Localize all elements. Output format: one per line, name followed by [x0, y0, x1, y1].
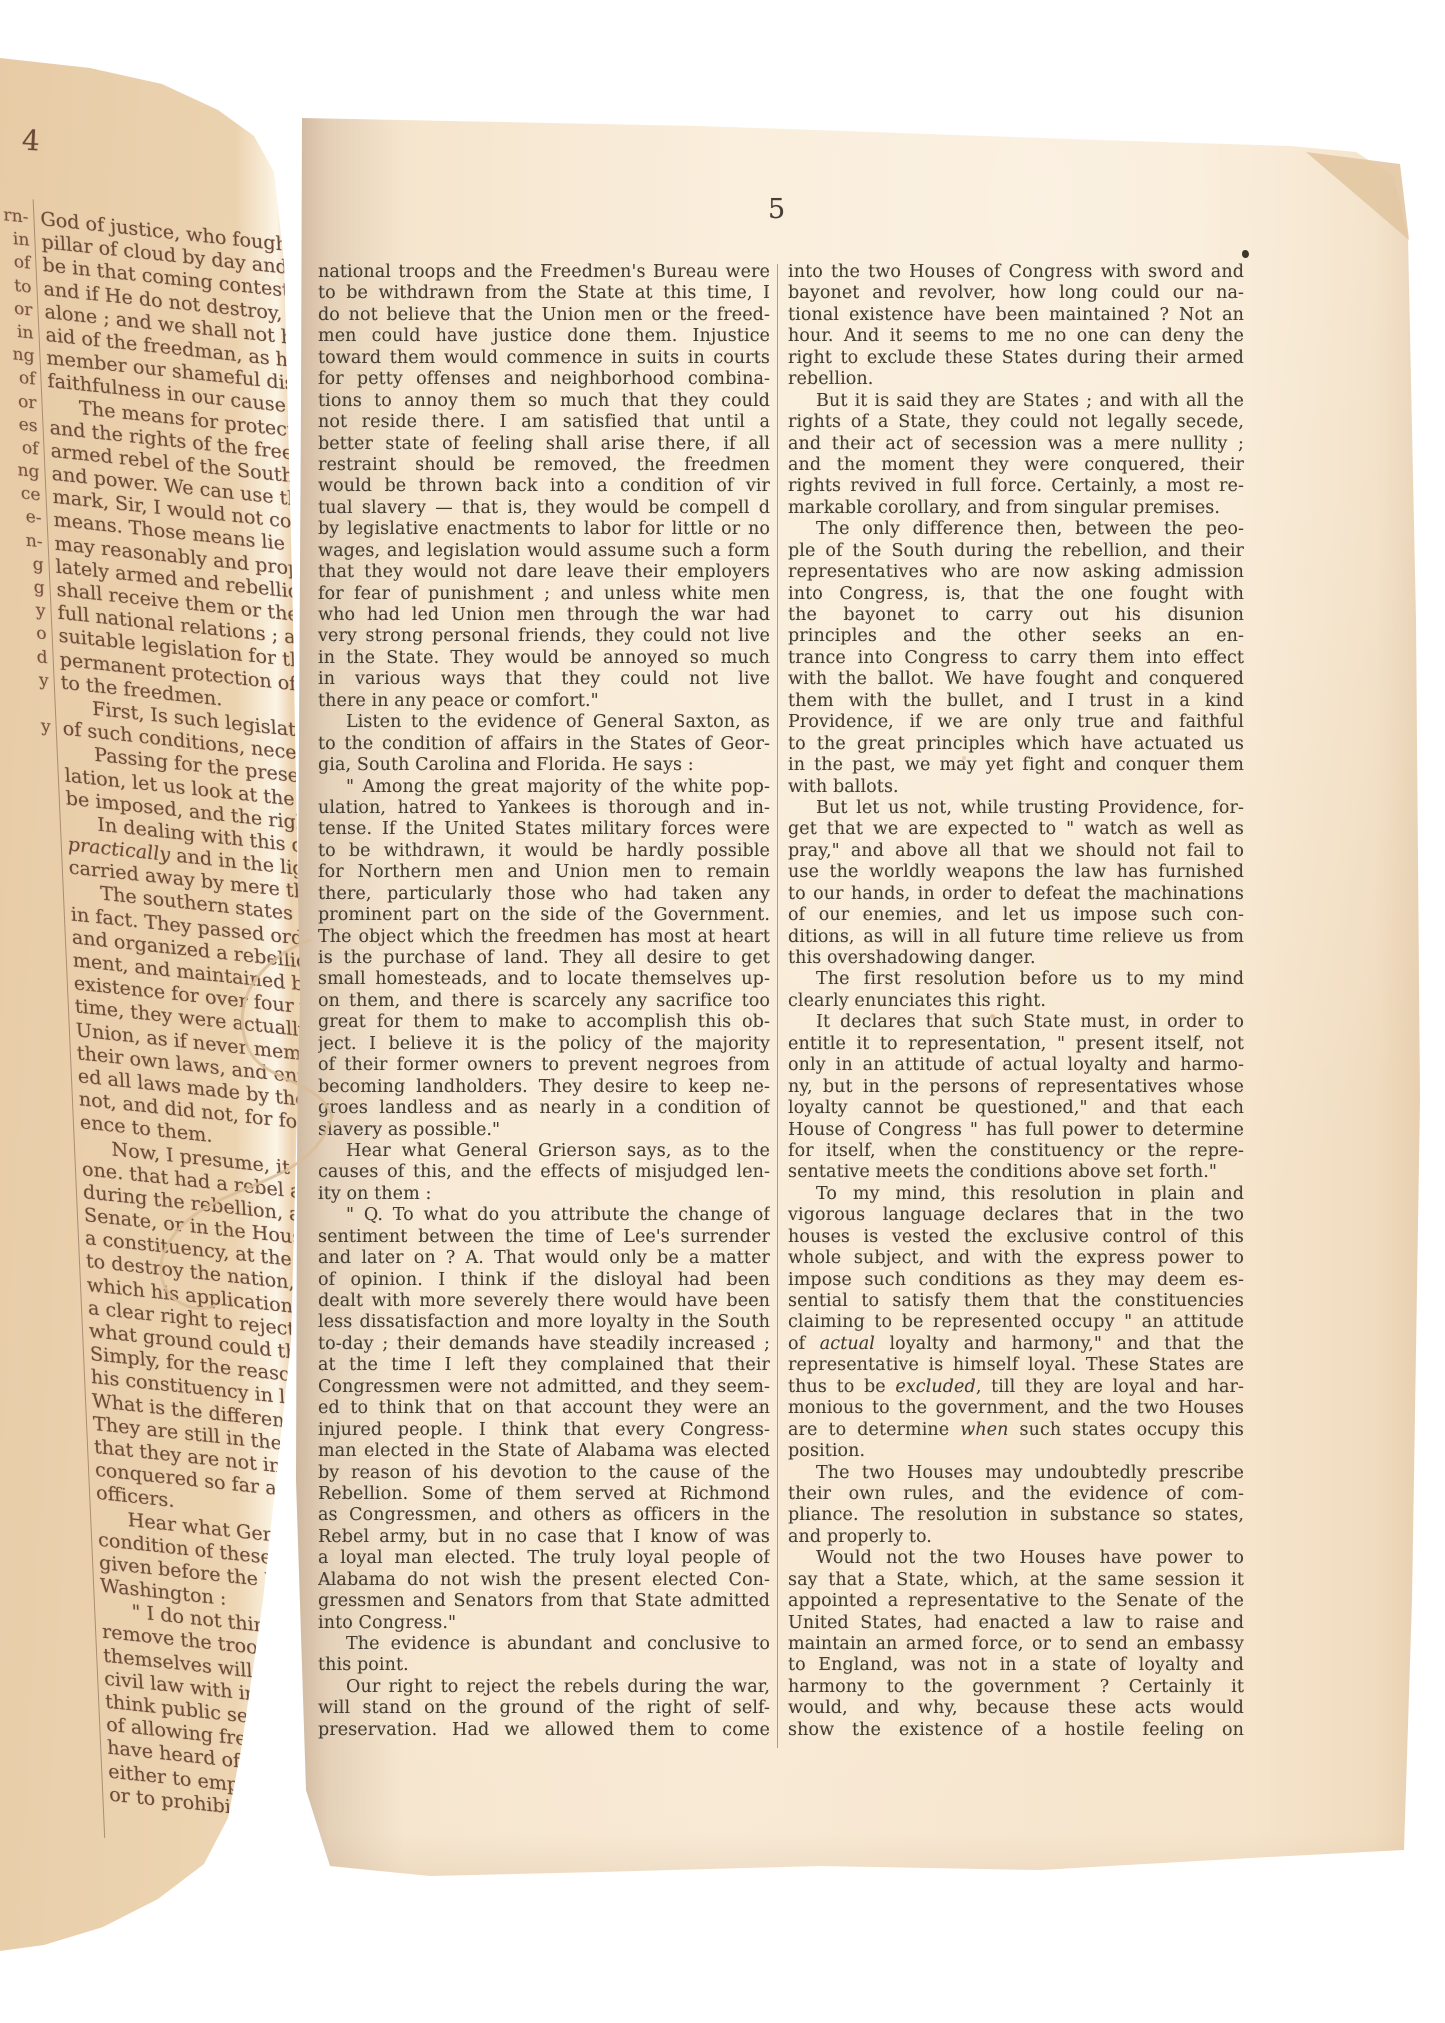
text-line: whole subject, and with the express powe… — [788, 1248, 1244, 1269]
text-line: sentiment between the time of Lee's surr… — [318, 1227, 770, 1248]
text-line: in various ways that they could not live — [318, 669, 770, 690]
text-line: Would not the two Houses have power to — [788, 1548, 1244, 1569]
text-line: of their former owners to prevent negroe… — [318, 1055, 770, 1076]
text-line: bayonet and revolver, how long could our… — [788, 283, 1244, 304]
text-line: ject. I believe it is the policy of the … — [318, 1034, 770, 1055]
page-edge-shading — [300, 1823, 1420, 1893]
text-line: maintain an armed force, or to send an e… — [788, 1634, 1244, 1655]
text-line: with the ballot. We have fought and conq… — [788, 669, 1244, 690]
text-line: pray," and above all that we should not … — [788, 841, 1244, 862]
text-line: sential to satisfy them that the constit… — [788, 1291, 1244, 1312]
text-line: this point. — [318, 1655, 770, 1676]
text-line: this overshadowing danger. — [788, 948, 1244, 969]
text-line — [22, 760, 53, 786]
text-line: as Congressmen, and others as officers i… — [318, 1505, 770, 1526]
text-line: vigorous language declares that in the t… — [788, 1205, 1244, 1226]
text-line: only in an attitude of actual loyalty an… — [788, 1055, 1244, 1076]
text-line: Rebel army, but in no case that I know o… — [318, 1527, 770, 1548]
text-line: restraint should be removed, the freedme… — [318, 455, 770, 476]
text-line: with ballots. — [788, 777, 1244, 798]
text-line: the bayonet to carry out his disunion — [788, 605, 1244, 626]
text-line: y — [15, 597, 46, 623]
text-line: pliance. The resolution in substance so … — [788, 1505, 1244, 1526]
text-line: for petty offenses and neighborhood comb… — [318, 369, 770, 390]
text-line: of — [0, 250, 31, 276]
text-line: say that a State, which, at the same ses… — [788, 1570, 1244, 1591]
text-line — [21, 736, 52, 762]
text-line: ng — [9, 458, 40, 484]
text-line: to — [1, 273, 32, 299]
text-line: clearly enunciates this right. — [788, 991, 1244, 1012]
text-line: of — [8, 435, 39, 461]
text-line: rights revived in full force. Certainly,… — [788, 476, 1244, 497]
text-line: would be thrown back into a condition of… — [318, 476, 770, 497]
text-line: to-day ; their demands have steadily inc… — [318, 1334, 770, 1355]
text-line: ple of the South during the rebellion, a… — [788, 541, 1244, 562]
text-line: for Northern men and Union men to remain — [318, 862, 770, 883]
text-line: in — [0, 227, 30, 253]
text-line: Congressmen were not admitted, and they … — [318, 1377, 770, 1398]
text-line: appointed a representative to the Senate… — [788, 1591, 1244, 1612]
text-line: But let us not, while trusting Providenc… — [788, 798, 1244, 819]
text-line: ulation, hatred to Yankees is thorough a… — [318, 798, 770, 819]
text-line: tual slavery — that is, they would be co… — [318, 498, 770, 519]
text-line: slavery as possible." — [318, 1120, 770, 1141]
text-line: them with the bullet, and I trust in a k… — [788, 691, 1244, 712]
text-line: Alabama do not wish the present elected … — [318, 1570, 770, 1591]
text-line: men could have justice done them. Injust… — [318, 326, 770, 347]
text-line: that they would not dare leave their emp… — [318, 562, 770, 583]
text-line: do not believe that the Union men or the… — [318, 305, 770, 326]
text-line: better state of feeling shall arise ther… — [318, 434, 770, 455]
text-line: is the purchase of land. They all desire… — [318, 948, 770, 969]
text-line: show the existence of a hostile feeling … — [788, 1720, 1244, 1741]
text-line: or — [2, 296, 33, 322]
foxing-spot — [962, 756, 966, 760]
text-line: hour. And it seems to me no one can deny… — [788, 326, 1244, 347]
text-line: to England, was not in a state of loyalt… — [788, 1655, 1244, 1676]
text-line: becoming landholders. They desire to kee… — [318, 1077, 770, 1098]
text-line — [19, 690, 50, 716]
text-line: y — [18, 667, 49, 693]
text-line: into Congress." — [318, 1613, 770, 1634]
text-line: wages, and legislation would assume such… — [318, 541, 770, 562]
text-line: tional existence have been maintained ? … — [788, 305, 1244, 326]
text-line: to be withdrawn, it would be hardly poss… — [318, 841, 770, 862]
text-line: Hear what General Grierson says, as to t… — [318, 1141, 770, 1162]
text-line: for itself, when the constituency or the… — [788, 1141, 1244, 1162]
text-line: into the two Houses of Congress with swo… — [788, 262, 1244, 283]
text-line: ng — [4, 343, 35, 369]
text-line: United States, had enacted a law to rais… — [788, 1613, 1244, 1634]
text-line: The only difference then, between the pe… — [788, 519, 1244, 540]
text-line: entitle it to representation, " present … — [788, 1034, 1244, 1055]
text-line: tions to annoy them so much that they co… — [318, 391, 770, 412]
text-line: The object which the freedmen has most a… — [318, 927, 770, 948]
text-line: representative is himself loyal. These S… — [788, 1355, 1244, 1376]
text-line: trance into Congress to carry them into … — [788, 648, 1244, 669]
text-line: at the time I left they complained that … — [318, 1355, 770, 1376]
text-line: less dissatisfaction and more loyalty in… — [318, 1312, 770, 1333]
text-line: g — [13, 551, 44, 577]
text-line: in the past, we may yet fight and conque… — [788, 755, 1244, 776]
text-line: and later on ? A. That would only be a m… — [318, 1248, 770, 1269]
text-line: man elected in the State of Alabama was … — [318, 1441, 770, 1462]
text-line: not reside there. I am satisfied that un… — [318, 412, 770, 433]
text-line: claiming to be represented occupy " an a… — [788, 1312, 1244, 1333]
page5-right-column: into the two Houses of Congress with swo… — [788, 262, 1244, 1741]
foxing-spot — [990, 1014, 995, 1019]
text-line: ditions, as will in all future time reli… — [788, 927, 1244, 948]
text-line: of — [5, 366, 36, 392]
text-line: Listen to the evidence of General Saxton… — [318, 712, 770, 733]
text-line: e- — [11, 505, 42, 531]
text-line: use the worldly weapons the law has furn… — [788, 862, 1244, 883]
text-line: " Among the great majority of the white … — [318, 777, 770, 798]
text-line: loyalty cannot be questioned," and that … — [788, 1098, 1244, 1119]
text-line: rights of a State, they could not legall… — [788, 412, 1244, 433]
text-line: rebellion. — [788, 369, 1244, 390]
column-rule — [777, 264, 778, 1748]
text-line: there in any peace or comfort." — [318, 691, 770, 712]
text-line: g — [14, 574, 45, 600]
text-line: The first resolution before us to my min… — [788, 969, 1244, 990]
text-line: prominent part on the side of the Govern… — [318, 905, 770, 926]
page-number-4: 4 — [21, 124, 41, 158]
document-photo: 5 national troops and the Freedmen's Bur… — [0, 0, 1445, 2023]
text-line: It declares that such State must, in ord… — [788, 1012, 1244, 1033]
text-line: great for them to make to accomplish thi… — [318, 1012, 770, 1033]
text-line: very strong personal friends, they could… — [318, 626, 770, 647]
text-line: gressmen and Senators from that State ad… — [318, 1591, 770, 1612]
text-line: to the great principles which have actua… — [788, 734, 1244, 755]
page-edge-shading — [1355, 130, 1445, 1870]
text-line: in the State. They would be annoyed so m… — [318, 648, 770, 669]
text-line: small homesteads, and to locate themselv… — [318, 969, 770, 990]
text-line: gia, South Carolina and Florida. He says… — [318, 755, 770, 776]
page5-left-column: national troops and the Freedmen's Burea… — [318, 262, 770, 1741]
text-line: houses is vested the exclusive control o… — [788, 1227, 1244, 1248]
text-line: ce — [10, 482, 41, 508]
text-line: right to exclude these States during the… — [788, 348, 1244, 369]
text-line: Providence, if we are only true and fait… — [788, 712, 1244, 733]
text-line: a loyal man elected. The truly loyal peo… — [318, 1548, 770, 1569]
text-line: by legislative enactments to labor for l… — [318, 519, 770, 540]
text-line: Rebellion. Some of them served at Richmo… — [318, 1484, 770, 1505]
text-line: representatives who are now asking admis… — [788, 562, 1244, 583]
text-line: ny, but in the persons of representative… — [788, 1077, 1244, 1098]
text-line: position. — [788, 1441, 1244, 1462]
text-line: monious to the government, and the two H… — [788, 1398, 1244, 1419]
text-line: principles and the other seeks an en- — [788, 626, 1244, 647]
text-line: will stand on the ground of the right of… — [318, 1698, 770, 1719]
text-line: national troops and the Freedmen's Burea… — [318, 262, 770, 283]
text-line: Our right to reject the rebels during th… — [318, 1677, 770, 1698]
text-line: d — [17, 644, 48, 670]
text-line: of our enemies, and let us impose such c… — [788, 905, 1244, 926]
text-line: es — [7, 412, 38, 438]
text-line: n- — [12, 528, 43, 554]
text-line: of actual loyalty and harmony," and that… — [788, 1334, 1244, 1355]
text-line: their own rules, and the evidence of com… — [788, 1484, 1244, 1505]
text-line: into Congress, is, that the one fought w… — [788, 584, 1244, 605]
text-line: to be withdrawn from the State at this t… — [318, 283, 770, 304]
text-line: rn- — [0, 204, 29, 230]
text-line: The two Houses may undoubtedly prescribe — [788, 1463, 1244, 1484]
text-line: causes of this, and the effects of misju… — [318, 1162, 770, 1183]
text-line: to our hands, in order to defeat the mac… — [788, 884, 1244, 905]
text-line: sentative meets the conditions above set… — [788, 1162, 1244, 1183]
text-line: by reason of his devotion to the cause o… — [318, 1463, 770, 1484]
text-line: To my mind, this resolution in plain and — [788, 1184, 1244, 1205]
text-line: y — [20, 713, 51, 739]
text-line: for fear of punishment ; and unless whit… — [318, 584, 770, 605]
text-line: are to determine when such states occupy… — [788, 1420, 1244, 1441]
text-line: impose such conditions as they may deem … — [788, 1270, 1244, 1291]
text-line: who had led Union men through the war ha… — [318, 605, 770, 626]
text-line: or — [6, 389, 37, 415]
text-line: and properly to. — [788, 1527, 1244, 1548]
text-line: tense. If the United States military for… — [318, 819, 770, 840]
text-line: and their act of secession was a mere nu… — [788, 434, 1244, 455]
text-line: there, particularly those who had taken … — [318, 884, 770, 905]
text-line: on them, and there is scarcely any sacri… — [318, 991, 770, 1012]
text-line: " Q. To what do you attribute the change… — [318, 1205, 770, 1226]
text-line: The evidence is abundant and conclusive … — [318, 1634, 770, 1655]
text-line: ed to think that on that account they we… — [318, 1398, 770, 1419]
text-line: thus to be excluded, till they are loyal… — [788, 1377, 1244, 1398]
text-line: and the moment they were conquered, thei… — [788, 455, 1244, 476]
ink-blot — [1242, 250, 1249, 258]
text-line: to the condition of affairs in the State… — [318, 734, 770, 755]
text-line: But it is said they are States ; and wit… — [788, 391, 1244, 412]
text-line: injured people. I think that every Congr… — [318, 1420, 770, 1441]
text-line: in — [3, 319, 34, 345]
text-line: would, and why, because these acts would — [788, 1698, 1244, 1719]
page-number-5: 5 — [768, 194, 786, 225]
text-line: House of Congress " has full power to de… — [788, 1120, 1244, 1141]
text-line: of opinion. I think if the disloyal had … — [318, 1270, 770, 1291]
text-line: o — [16, 621, 47, 647]
text-line: markable corollary, and from singular pr… — [788, 498, 1244, 519]
text-line: dealt with more severely there would hav… — [318, 1291, 770, 1312]
text-line: ity on them : — [318, 1184, 770, 1205]
text-line: preservation. Had we allowed them to com… — [318, 1720, 770, 1741]
text-line: get that we are expected to " watch as w… — [788, 819, 1244, 840]
text-line: harmony to the government ? Certainly it — [788, 1677, 1244, 1698]
text-line: toward them would commence in suits in c… — [318, 348, 770, 369]
text-line: groes landless and as nearly in a condit… — [318, 1098, 770, 1119]
